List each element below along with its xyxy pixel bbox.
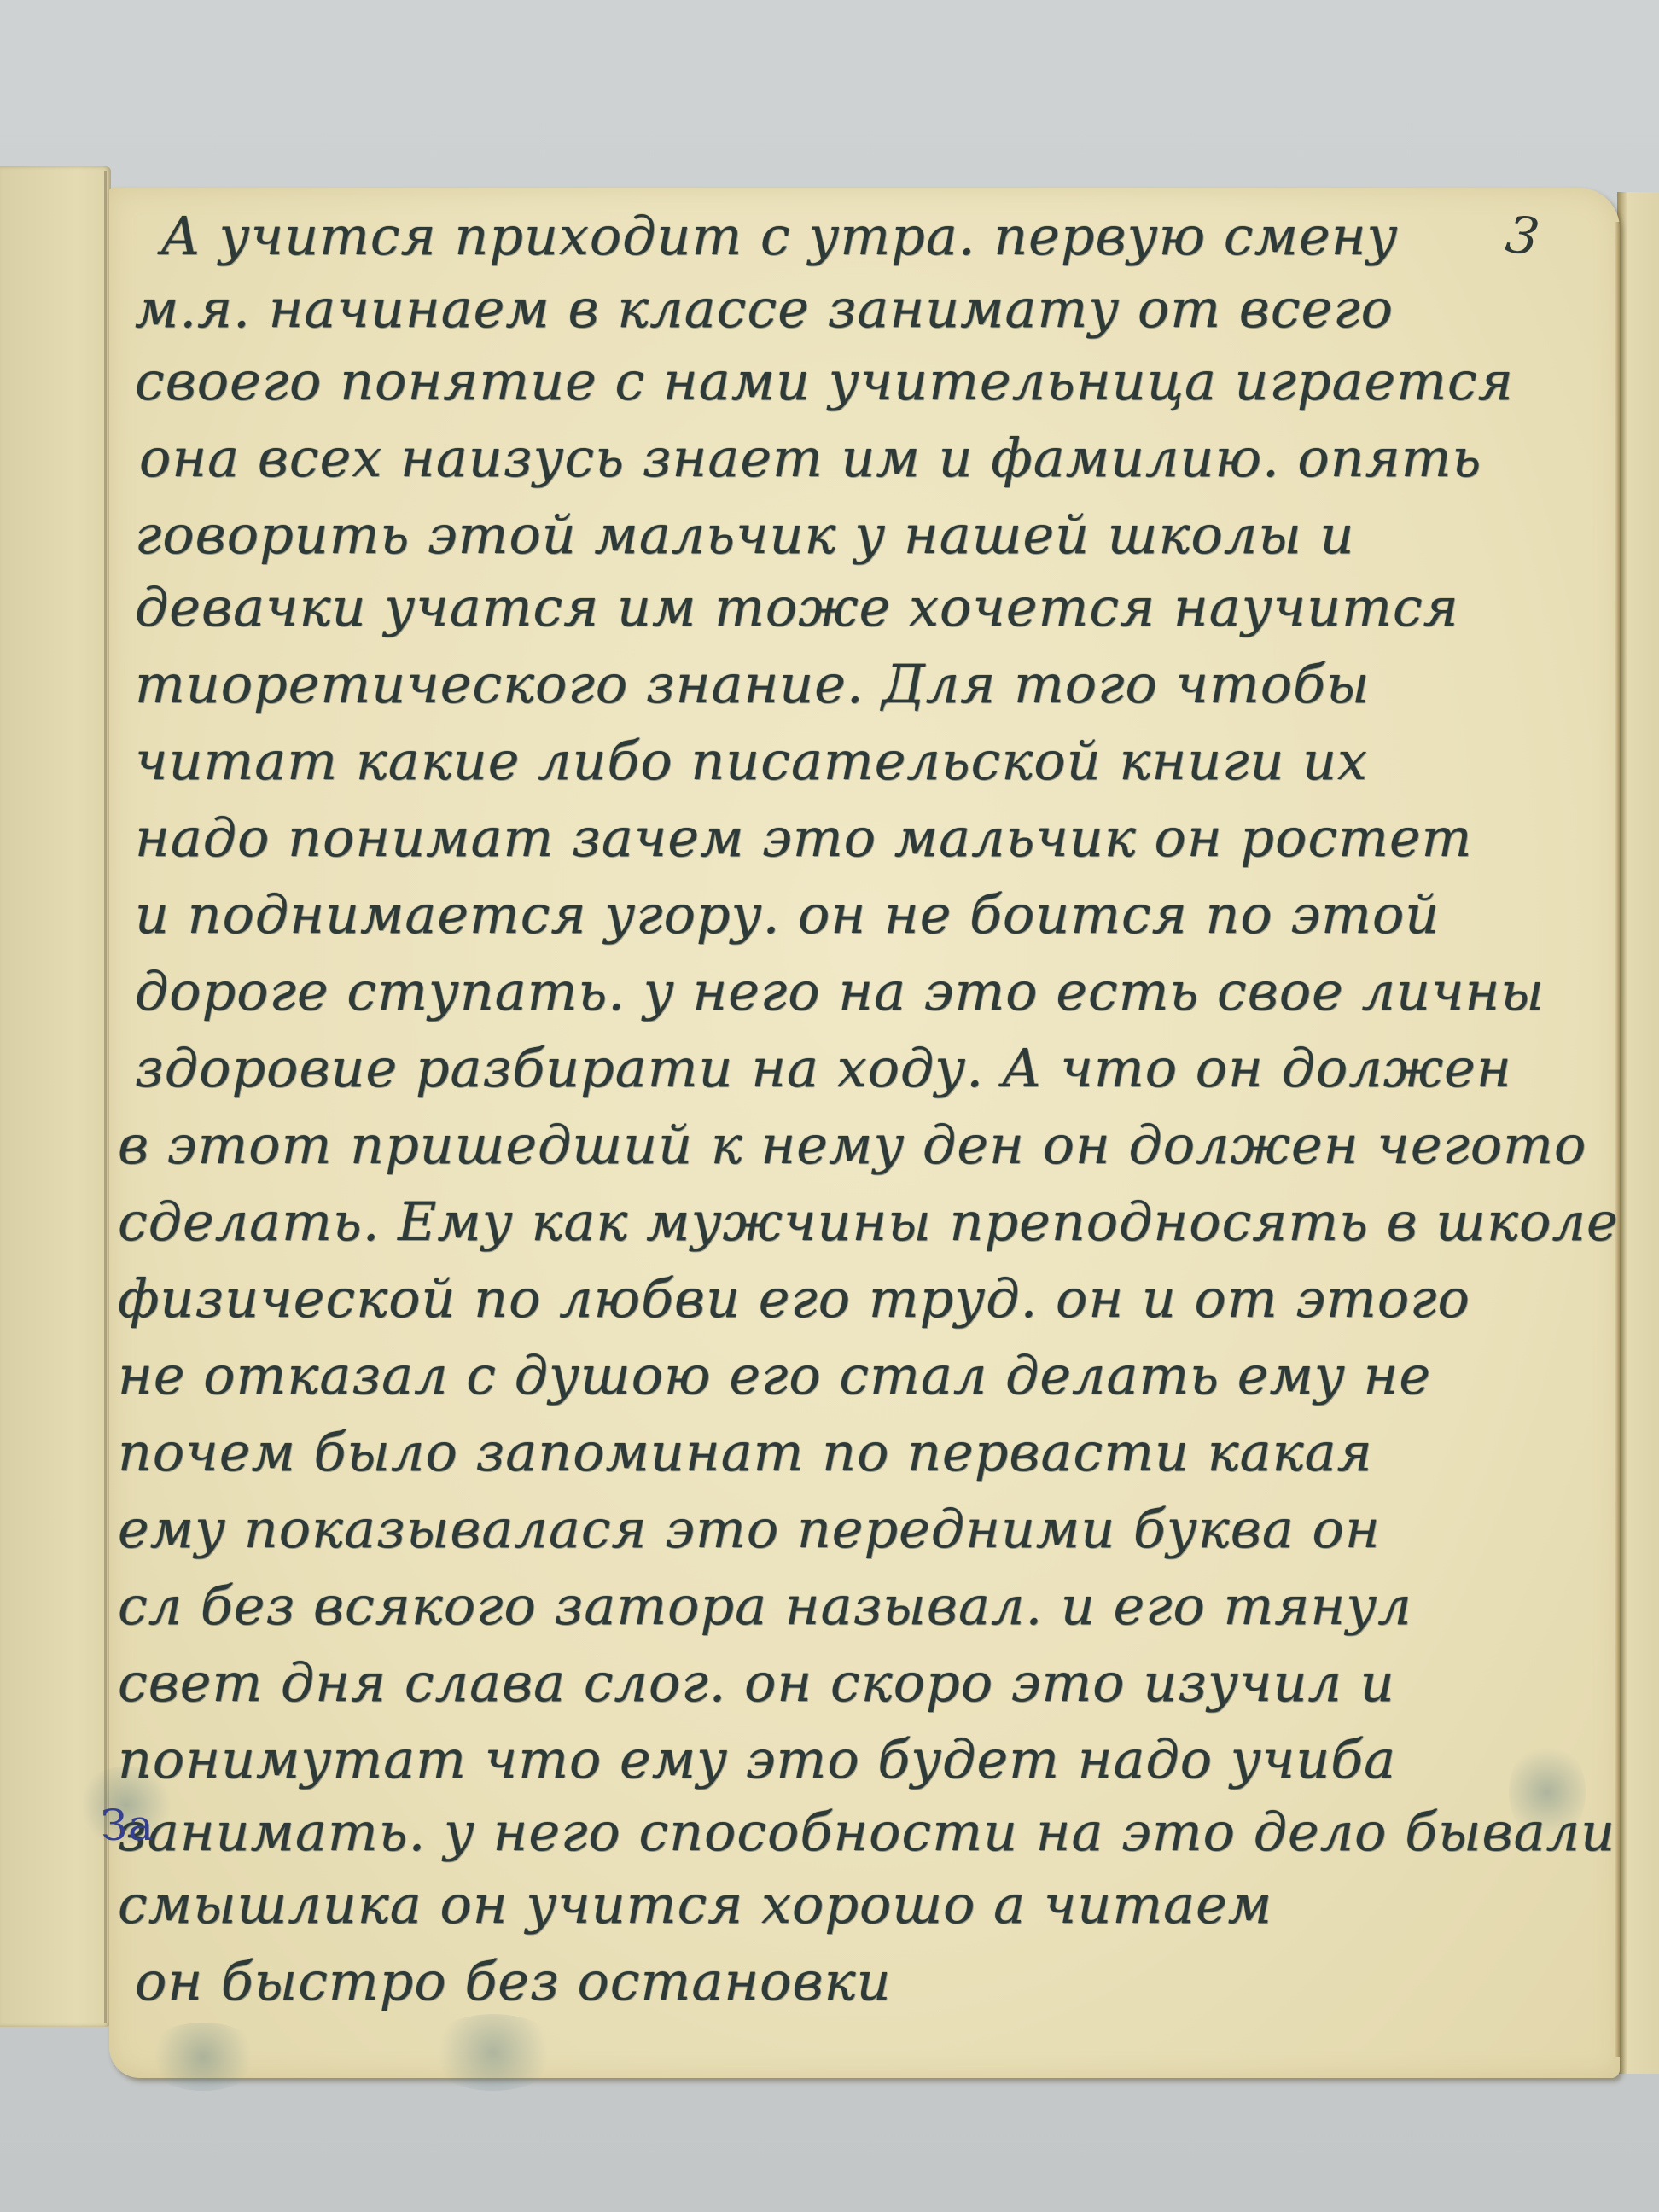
notebook-page: 3 А учится приходит с утра. первую смену… xyxy=(109,188,1620,2078)
text-line: дороге ступать. у него на это есть свое … xyxy=(135,960,1545,1022)
left-facing-page xyxy=(0,166,111,2027)
text-line: сл без всякого затора называл. и его тян… xyxy=(118,1575,1412,1637)
text-line: физической по любви его труд. он и от эт… xyxy=(118,1267,1470,1330)
text-line: здоровие разбирати на ходу. А что он дол… xyxy=(135,1037,1512,1099)
page-fold-line xyxy=(104,171,107,2023)
text-line: надо понимат зачем это мальчик он ростет xyxy=(135,806,1472,869)
text-line: м.я. начинаем в классе занимату от всего xyxy=(135,277,1394,340)
text-line: не отказал с душою его стал делать ему н… xyxy=(118,1344,1431,1406)
next-page-edge xyxy=(1617,192,1659,2074)
text-line: и поднимается угору. он не боится по это… xyxy=(135,883,1440,946)
text-line: своего понятие с нами учительница играет… xyxy=(135,350,1514,412)
text-line: она всех наизусь знает им и фамилию. опя… xyxy=(139,427,1481,489)
text-line: тиоретического знание. Для того чтобы xyxy=(135,653,1371,715)
page-number: 3 xyxy=(1502,205,1543,269)
blue-ink-margin-annotation: За xyxy=(101,1801,154,1850)
text-line: говорить этой мальчик у нашей школы и xyxy=(135,504,1355,566)
text-line: читат какие либо писательской книги их xyxy=(135,730,1368,792)
text-line: ему показывалася это передними буква он xyxy=(118,1498,1381,1560)
text-line: сделать. Ему как мужчины преподносять в … xyxy=(118,1190,1619,1253)
page-right-edge xyxy=(1615,222,1620,2057)
ink-stain xyxy=(143,2023,263,2091)
text-line: свет дня слава слог. он скоро это изучил… xyxy=(118,1651,1395,1714)
text-line: девачки учатся им тоже хочется научится xyxy=(135,576,1459,638)
ink-stain xyxy=(425,2014,562,2091)
text-line: занимать. у него способности на это дело… xyxy=(118,1801,1615,1863)
text-line: А учится приходит с утра. первую смену xyxy=(160,205,1399,267)
text-line: смышлика он учится хорошо а читаем xyxy=(118,1873,1272,1935)
text-line: в этот пришедший к нему ден он должен че… xyxy=(118,1114,1586,1176)
text-line: понимутат что ему это будет надо учиба xyxy=(118,1728,1396,1790)
text-line: он быстро без остановки xyxy=(135,1950,892,2012)
text-line: почем было запоминат по первасти какая xyxy=(118,1421,1373,1483)
